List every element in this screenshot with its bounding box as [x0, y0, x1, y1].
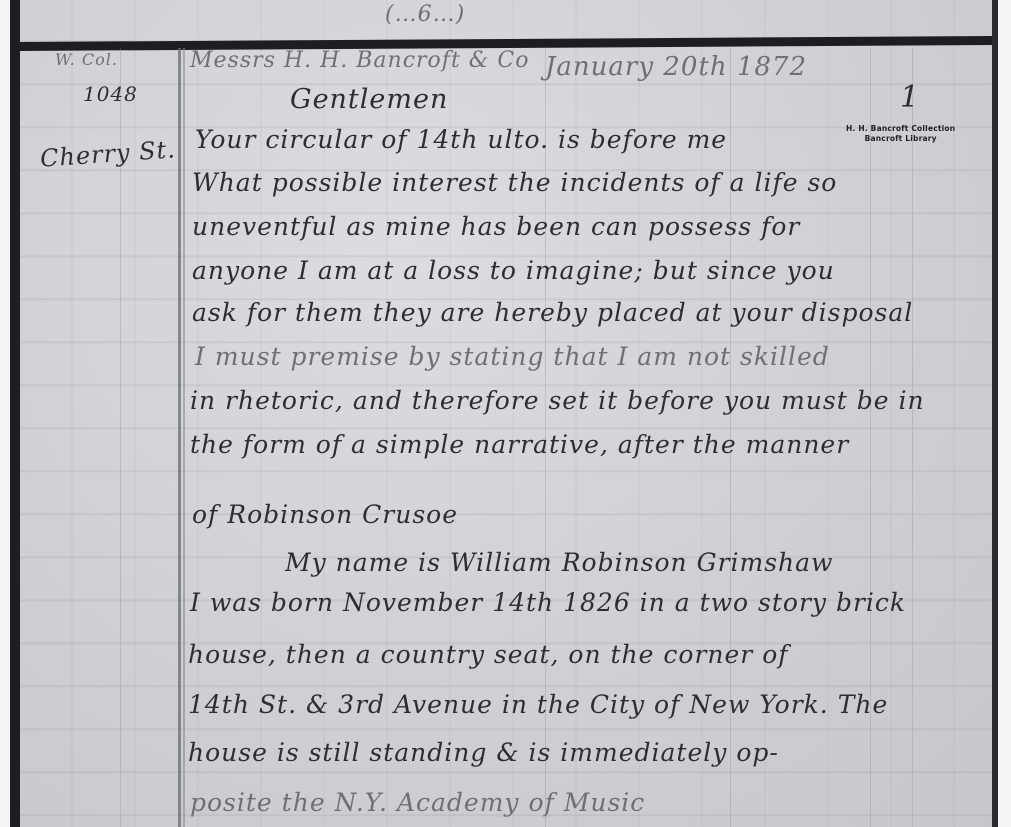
body-line: My name is William Robinson Grimshaw — [285, 548, 833, 577]
body-line: anyone I am at a loss to imagine; but si… — [192, 256, 835, 285]
scan-margin — [998, 0, 1011, 827]
header-faint-note: W. Col. — [55, 50, 118, 69]
salutation: Gentlemen — [290, 84, 448, 115]
letter-date: January 20th 1872 — [545, 52, 807, 82]
body-line: 14th St. & 3rd Avenue in the City of New… — [188, 690, 888, 719]
body-line: What possible interest the incidents of … — [192, 168, 837, 197]
stamp-line-2: Bancroft Library — [846, 134, 955, 144]
previous-page-fragment: (…6…) — [385, 2, 465, 27]
body-line: ask for them they are hereby placed at y… — [192, 298, 913, 327]
stamp-line-1: H. H. Bancroft Collection — [846, 124, 955, 134]
body-line: house is still standing & is immediately… — [188, 738, 779, 767]
body-line: I was born November 14th 1826 in a two s… — [190, 588, 906, 617]
margin-rule — [178, 48, 181, 827]
faint-ruling — [912, 48, 913, 827]
body-line: posite the N.Y. Academy of Music — [190, 788, 645, 817]
body-line: in rhetoric, and therefore set it before… — [190, 386, 925, 415]
body-line: house, then a country seat, on the corne… — [188, 640, 789, 669]
body-line: I must premise by stating that I am not … — [195, 342, 830, 371]
addressee: Messrs H. H. Bancroft & Co — [190, 48, 529, 73]
page-border-left — [10, 0, 20, 827]
page-number: 1 — [900, 80, 920, 115]
margin-rule-secondary — [183, 48, 185, 827]
body-line: uneventful as mine has been can possess … — [192, 212, 800, 241]
body-line: the form of a simple narrative, after th… — [190, 430, 849, 459]
body-line: Your circular of 14th ulto. is before me — [195, 125, 727, 154]
body-line: of Robinson Crusoe — [192, 500, 458, 529]
library-stamp: H. H. Bancroft Collection Bancroft Libra… — [846, 124, 955, 144]
margin-number: 1048 — [83, 82, 138, 106]
